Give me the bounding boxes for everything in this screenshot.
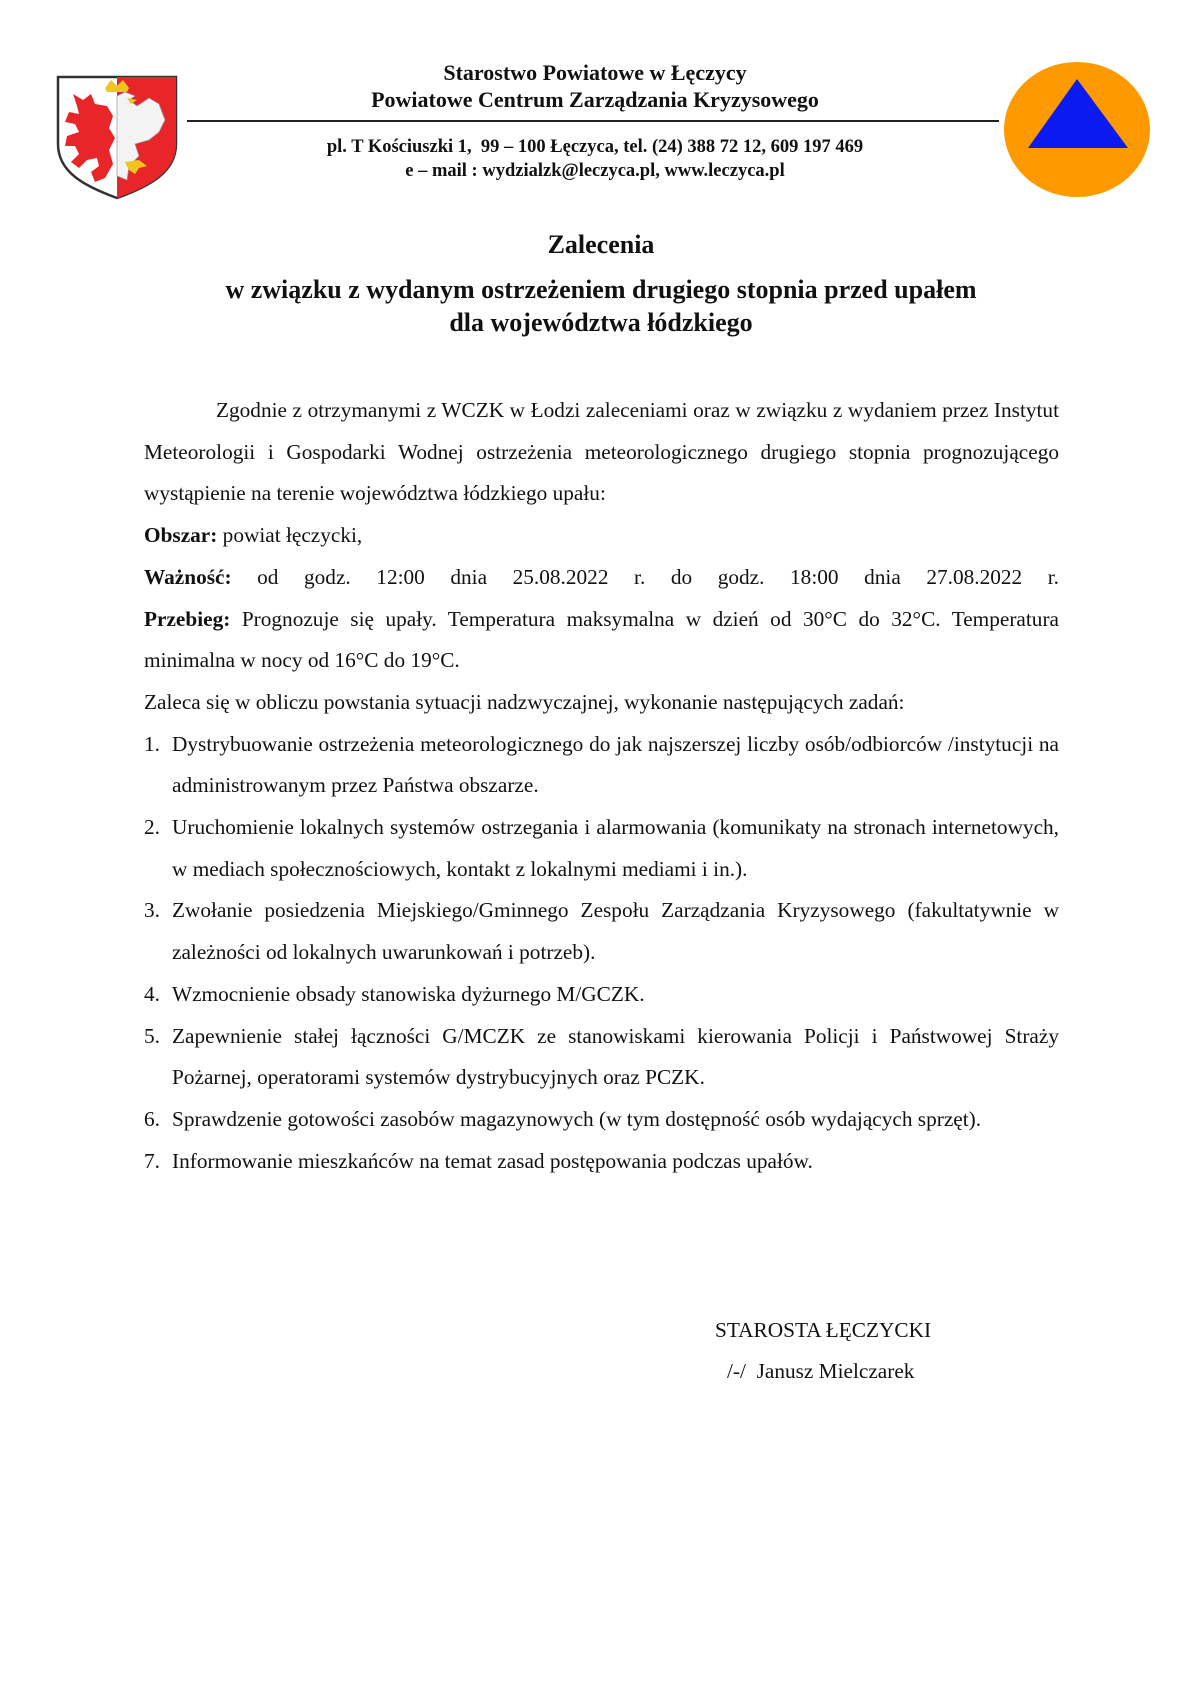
task-number: 6. <box>144 1099 160 1141</box>
signatory-name: /-/ Janusz Mielczarek <box>715 1351 931 1392</box>
area-value: powiat łęczycki, <box>217 523 362 547</box>
coat-of-arms-icon <box>55 74 179 200</box>
course-paragraph: Przebieg: Prognozuje się upały. Temperat… <box>144 599 1059 682</box>
task-text: Zapewnienie stałej łączności G/MCZK ze s… <box>172 1024 1059 1090</box>
intro-paragraph: Zgodnie z otrzymanymi z WCZK w Łodzi zal… <box>144 390 1059 515</box>
task-item: 1.Dystrybuowanie ostrzeżenia meteorologi… <box>144 724 1059 807</box>
task-text: Uruchomienie lokalnych systemów ostrzega… <box>172 815 1059 881</box>
address-line: pl. T Kościuszki 1, 99 – 100 Łęczyca, te… <box>190 135 1000 159</box>
civil-defence-emblem-icon <box>1003 61 1151 198</box>
task-number: 2. <box>144 807 160 849</box>
task-number: 4. <box>144 974 160 1016</box>
recommendation-intro: Zaleca się w obliczu powstania sytuacji … <box>144 682 1059 724</box>
document-body: Zgodnie z otrzymanymi z WCZK w Łodzi zal… <box>144 390 1059 1182</box>
validity-label: Ważność: <box>144 565 232 589</box>
organization-contact: pl. T Kościuszki 1, 99 – 100 Łęczyca, te… <box>190 135 1000 183</box>
task-text: Sprawdzenie gotowości zasobów magazynowy… <box>172 1107 981 1131</box>
task-number: 3. <box>144 890 160 932</box>
document-title: Zalecenia <box>100 229 1102 261</box>
task-number: 7. <box>144 1141 160 1183</box>
subtitle-line-2: dla województwa łódzkiego <box>100 306 1102 339</box>
document-subtitle: w związku z wydanym ostrzeżeniem drugieg… <box>100 273 1102 339</box>
course-value: Prognozuje się upały. Temperatura maksym… <box>144 607 1059 673</box>
task-text: Wzmocnienie obsady stanowiska dyżurnego … <box>172 982 645 1006</box>
area-line: Obszar: powiat łęczycki, <box>144 515 1059 557</box>
course-label: Przebieg: <box>144 607 230 631</box>
validity-value: od godz. 12:00 dnia 25.08.2022 r. do god… <box>232 565 1059 589</box>
organization-name: Starostwo Powiatowe w Łęczycy Powiatowe … <box>190 59 1000 113</box>
org-line-1: Starostwo Powiatowe w Łęczycy <box>190 59 1000 86</box>
task-item: 2.Uruchomienie lokalnych systemów ostrze… <box>144 807 1059 890</box>
validity-line: Ważność: od godz. 12:00 dnia 25.08.2022 … <box>144 557 1059 599</box>
task-number: 1. <box>144 724 160 766</box>
task-item: 6.Sprawdzenie gotowości zasobów magazyno… <box>144 1099 1059 1141</box>
task-list: 1.Dystrybuowanie ostrzeżenia meteorologi… <box>144 724 1059 1183</box>
task-item: 5.Zapewnienie stałej łączności G/MCZK ze… <box>144 1016 1059 1099</box>
signatory-title: STAROSTA ŁĘCZYCKI <box>715 1310 931 1351</box>
task-text: Informowanie mieszkańców na temat zasad … <box>172 1149 813 1173</box>
org-line-2: Powiatowe Centrum Zarządzania Kryzysoweg… <box>190 86 1000 113</box>
area-label: Obszar: <box>144 523 217 547</box>
header-divider <box>187 120 999 122</box>
signature-block: STAROSTA ŁĘCZYCKI /-/ Janusz Mielczarek <box>715 1310 931 1392</box>
task-text: Zwołanie posiedzenia Miejskiego/Gminnego… <box>172 898 1059 964</box>
task-text: Dystrybuowanie ostrzeżenia meteorologicz… <box>172 732 1059 798</box>
task-item: 4.Wzmocnienie obsady stanowiska dyżurneg… <box>144 974 1059 1016</box>
task-item: 3.Zwołanie posiedzenia Miejskiego/Gminne… <box>144 890 1059 973</box>
contact-line: e – mail : wydzialzk@leczyca.pl, www.lec… <box>190 159 1000 183</box>
task-number: 5. <box>144 1016 160 1058</box>
task-item: 7.Informowanie mieszkańców na temat zasa… <box>144 1141 1059 1183</box>
subtitle-line-1: w związku z wydanym ostrzeżeniem drugieg… <box>100 273 1102 306</box>
